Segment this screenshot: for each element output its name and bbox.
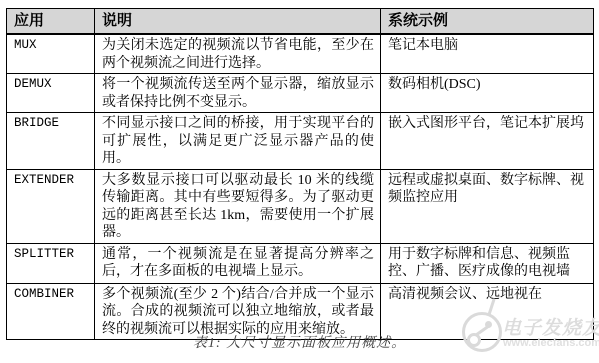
app-example: 嵌入式图形平台，笔记本扩展坞 [381,113,594,170]
app-name: MUX [7,34,95,74]
app-example: 用于数字标牌和信息、视频监控、广播、医疗成像的电视墙 [381,243,594,283]
page: { "table": { "headers": { "application":… [0,0,599,363]
header-system-example: 系统示例 [381,9,594,35]
header-description: 说明 [95,9,381,35]
table-row-demux: DEMUX 将一个视频流传送至两个显示器，缩放显示或者保持比例不变显示。 数码相… [7,74,594,113]
table-row-extender: EXTENDER 大多数显示接口可以驱动最长 10 米的线缆传输距离。其中有些要… [7,169,594,243]
app-description: 通常，一个视频流是在显著提高分辨率之后，才在多面板的电视墙上显示。 [95,243,381,283]
app-description: 不同显示接口之间的桥接，用于实现平台的可扩展性，以满足更广泛显示器产品的使用。 [95,113,381,170]
app-name: EXTENDER [7,169,95,243]
app-name: DEMUX [7,74,95,113]
table-header-row: 应用 说明 系统示例 [7,9,594,35]
app-name: BRIDGE [7,113,95,170]
app-name: SPLITTER [7,243,95,283]
display-applications-table: 应用 说明 系统示例 MUX 为关闭未选定的视频流以节省电能，至少在两个视频流之… [6,8,594,340]
app-description: 大多数显示接口可以驱动最长 10 米的线缆传输距离。其中有些要短得多。为了驱动更… [95,169,381,243]
header-application: 应用 [7,9,95,35]
app-description: 为关闭未选定的视频流以节省电能，至少在两个视频流之间进行选择。 [95,34,381,74]
table-caption: 表1: 大尺寸显示面板应用概述。 [0,332,599,352]
app-example: 笔记本电脑 [381,34,594,74]
table-row-bridge: BRIDGE 不同显示接口之间的桥接，用于实现平台的可扩展性，以满足更广泛显示器… [7,113,594,170]
app-description: 将一个视频流传送至两个显示器，缩放显示或者保持比例不变显示。 [95,74,381,113]
app-example: 数码相机(DSC) [381,74,594,113]
table-row-splitter: SPLITTER 通常，一个视频流是在显著提高分辨率之后，才在多面板的电视墙上显… [7,243,594,283]
table-row-mux: MUX 为关闭未选定的视频流以节省电能，至少在两个视频流之间进行选择。 笔记本电… [7,34,594,74]
app-example: 远程或虚拟桌面、数字标牌、视频监控应用 [381,169,594,243]
